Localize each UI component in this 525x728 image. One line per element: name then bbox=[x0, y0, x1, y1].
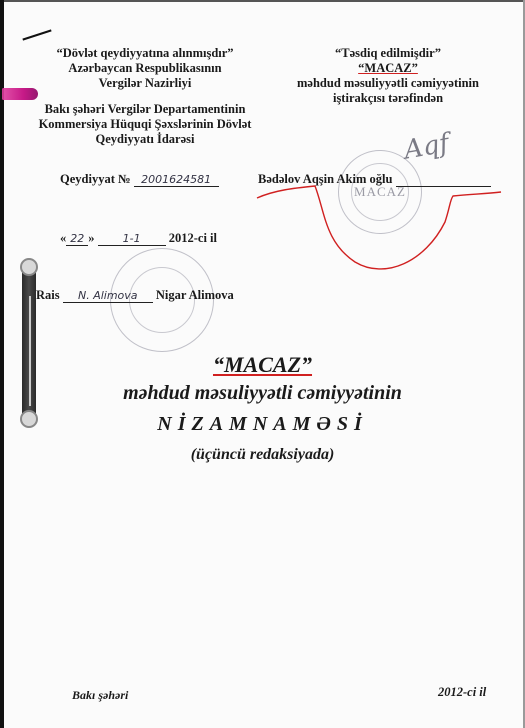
title-subtitle: məhdud məsuliyyətli cəmiyyətinin bbox=[100, 378, 425, 408]
footer-year: 2012-ci il bbox=[438, 685, 486, 700]
department-line: Bakı şəhəri Vergilər Departamentinin bbox=[20, 102, 270, 117]
approval-company: “MACAZ” bbox=[358, 61, 418, 75]
binding-ring-icon bbox=[20, 258, 38, 276]
title-main: NİZAMNAMƏSİ bbox=[100, 408, 425, 440]
participant-signature-line bbox=[396, 173, 491, 187]
date-close-quote: » bbox=[88, 231, 94, 245]
document-page: “Dövlət qeydiyyatına alınmışdır” Azərbay… bbox=[0, 0, 525, 728]
chief-signature: N. Alimova bbox=[63, 289, 153, 303]
red-pen-curve bbox=[255, 182, 505, 282]
chief-field: Rais N. Alimova Nigar Alimova bbox=[36, 288, 234, 303]
registration-block: “Dövlət qeydiyyatına alınmışdır” Azərbay… bbox=[30, 46, 260, 91]
date-field: «22» 1-1 2012-ci il bbox=[60, 231, 217, 246]
registration-number-label: Qeydiyyat № bbox=[60, 172, 131, 186]
document-title-block: “MACAZ” məhdud məsuliyyətli cəmiyyətinin… bbox=[100, 352, 425, 470]
approval-line: iştirakçısı tərəfindən bbox=[268, 91, 508, 106]
pen-mark bbox=[22, 29, 51, 40]
participant-name: Bədəlov Aqşin Akim oğlu bbox=[258, 172, 392, 186]
chief-label: Rais bbox=[36, 288, 60, 302]
footer-city: Bakı şəhəri bbox=[72, 688, 128, 703]
registration-number-field: Qeydiyyat № 2001624581 bbox=[60, 172, 219, 187]
binding-string bbox=[29, 296, 31, 406]
approval-block: “Təsdiq edilmişdir” “MACAZ” məhdud məsul… bbox=[268, 46, 508, 106]
date-day: 22 bbox=[66, 232, 88, 246]
title-company: “MACAZ” bbox=[213, 352, 312, 377]
scan-top-edge bbox=[0, 0, 525, 2]
registration-line: Azərbaycan Respublikasının bbox=[30, 61, 260, 76]
approval-line: məhdud məsuliyyətli cəmiyyətinin bbox=[268, 76, 508, 91]
participant-signature: Aqf bbox=[402, 128, 452, 165]
binding-ring-icon bbox=[20, 410, 38, 428]
registration-line: Vergilər Nazirliyi bbox=[30, 76, 260, 91]
registration-line: “Dövlət qeydiyyatına alınmışdır” bbox=[30, 46, 260, 61]
registration-number-value: 2001624581 bbox=[134, 173, 219, 187]
scan-left-edge bbox=[0, 0, 4, 728]
date-year: 2012-ci il bbox=[169, 231, 217, 245]
department-line: Kommersiya Hüquqi Şəxslərinin Dövlət bbox=[20, 117, 270, 132]
approval-line: “Təsdiq edilmişdir” bbox=[268, 46, 508, 61]
participant-field: Bədəlov Aqşin Akim oğlu bbox=[258, 172, 491, 187]
department-line: Qeydiyyatı İdarəsi bbox=[20, 132, 270, 147]
date-month: 1-1 bbox=[98, 232, 166, 246]
title-edition: (üçüncü redaksiyada) bbox=[100, 440, 425, 470]
chief-name: Nigar Alimova bbox=[156, 288, 234, 302]
department-block: Bakı şəhəri Vergilər Departamentinin Kom… bbox=[20, 102, 270, 147]
